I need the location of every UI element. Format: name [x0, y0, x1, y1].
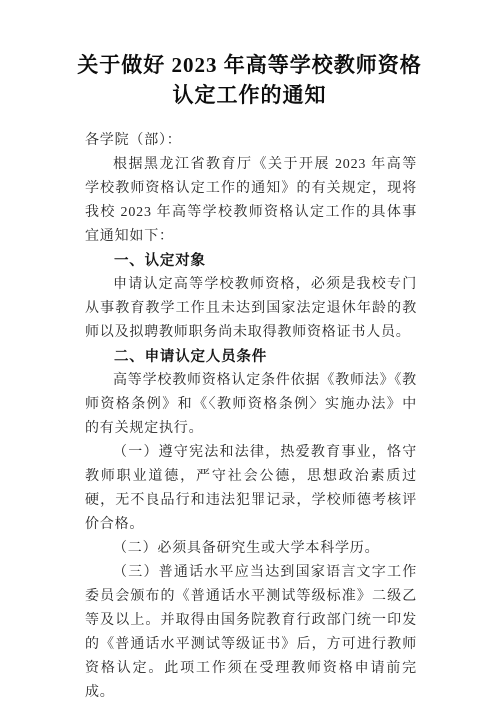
- title-line-2: 认定工作的通知: [40, 80, 459, 110]
- section-2-paragraph-2: （一）遵守宪法和法律，热爱教育事业，恪守教师职业道德，严守社会公德，思想政治素质…: [85, 441, 417, 537]
- intro-paragraph: 根据黑龙江省教育厅《关于开展 2023 年高等学校教师资格认定工作的通知》的有关…: [85, 153, 417, 249]
- document-body: 各学院（部）： 根据黑龙江省教育厅《关于开展 2023 年高等学校教师资格认定工…: [85, 129, 417, 705]
- title-line-1: 关于做好 2023 年高等学校教师资格: [40, 50, 459, 80]
- section-2-paragraph-1: 高等学校教师资格认定条件依据《教师法》《教师资格条例》和《〈教师资格条例〉实施办…: [85, 369, 417, 441]
- section-2-paragraph-3: （二）必须具备研究生或大学本科学历。: [85, 537, 417, 561]
- document-title: 关于做好 2023 年高等学校教师资格 认定工作的通知: [40, 50, 459, 110]
- section-1-paragraph-1: 申请认定高等学校教师资格，必须是我校专门从事教育教学工作且未达到国家法定退休年龄…: [85, 273, 417, 345]
- section-2-paragraph-4: （三）普通话水平应当达到国家语言文字工作委员会颁布的《普通话水平测试等级标准》二…: [85, 561, 417, 705]
- section-2-heading: 二、申请认定人员条件: [85, 345, 417, 369]
- document-page: 关于做好 2023 年高等学校教师资格 认定工作的通知 各学院（部）： 根据黑龙…: [0, 0, 499, 707]
- section-1-heading: 一、认定对象: [85, 249, 417, 273]
- salutation: 各学院（部）：: [85, 129, 417, 153]
